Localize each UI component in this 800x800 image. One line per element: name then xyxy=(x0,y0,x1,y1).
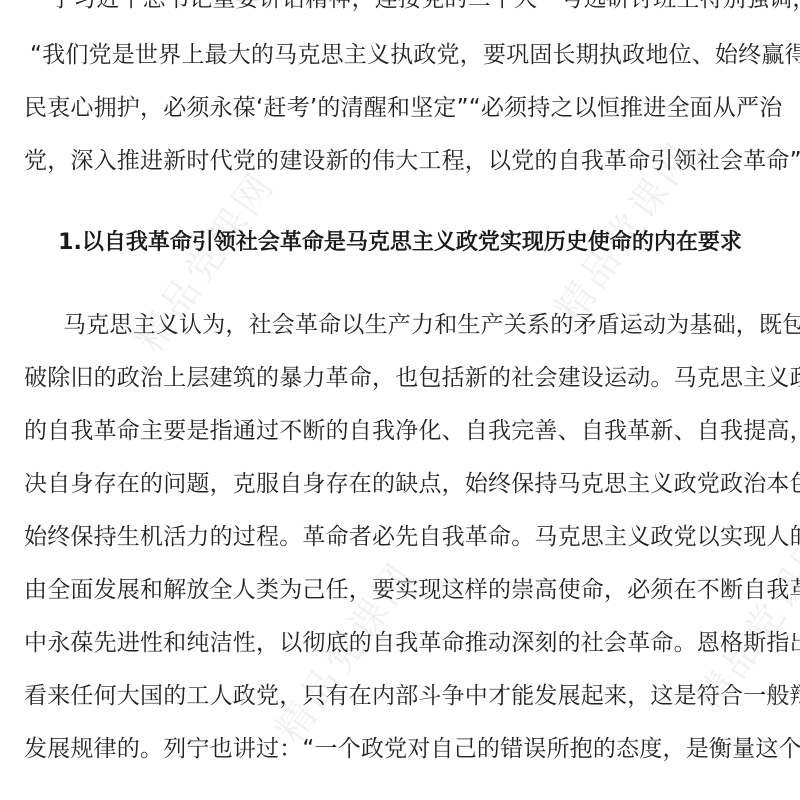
paragraph-line: 中永葆先进性和纯洁性，以彻底的自我革命推动深刻的社会革命。恩格斯指出， xyxy=(24,628,776,658)
paragraph-line: 党，深入推进新时代党的建设新的伟大工程，以党的自我革命引领社会革命”。 xyxy=(24,146,776,176)
paragraph-line: 由全面发展和解放全人类为己任，要实现这样的崇高使命，必须在不断自我革命 xyxy=(24,575,776,605)
paragraph-line: 的自我革命主要是指通过不断的自我净化、自我完善、自我革新、自我提高，解 xyxy=(24,416,776,446)
paragraph-line: “我们党是世界上最大的马克思主义执政党，要巩固长期执政地位、始终赢得人 xyxy=(30,40,782,70)
paragraph-line: 始终保持生机活力的过程。革命者必先自我革命。马克思主义政党以实现人的自 xyxy=(24,522,776,552)
cut-off-text-line: 于习近平总书记重要讲话精神，连接党的二十大一号选研讨班上特别强调， xyxy=(50,0,800,14)
section-heading: 1.以自我革命引领社会革命是马克思主义政党实现历史使命的内在要求 xyxy=(0,228,800,258)
paragraph-line: 发展规律的。列宁也讲过：“一个政党对自己的错误所抱的态度，是衡量这个党 xyxy=(24,734,776,764)
paragraph-line: 民衷心拥护，必须永葆‘赶考’的清醒和坚定”“必须持之以恒推进全面从严治 xyxy=(24,93,776,123)
paragraph-line: 破除旧的政治上层建筑的暴力革命，也包括新的社会建设运动。马克思主义政党 xyxy=(24,363,776,393)
document-page: 精品党课网 精品党课网 精品党课网 精品党课网 于习近平总书记重要讲话精神，连接… xyxy=(0,0,800,800)
paragraph-line: 马克思主义认为，社会革命以生产力和生产关系的矛盾运动为基础，既包括 xyxy=(63,310,776,340)
paragraph-line: 看来任何大国的工人政党，只有在内部斗争中才能发展起来，这是符合一般辩证 xyxy=(24,681,776,711)
paragraph-line: 决自身存在的问题，克服自身存在的缺点，始终保持马克思主义政党政治本色， xyxy=(24,469,776,499)
